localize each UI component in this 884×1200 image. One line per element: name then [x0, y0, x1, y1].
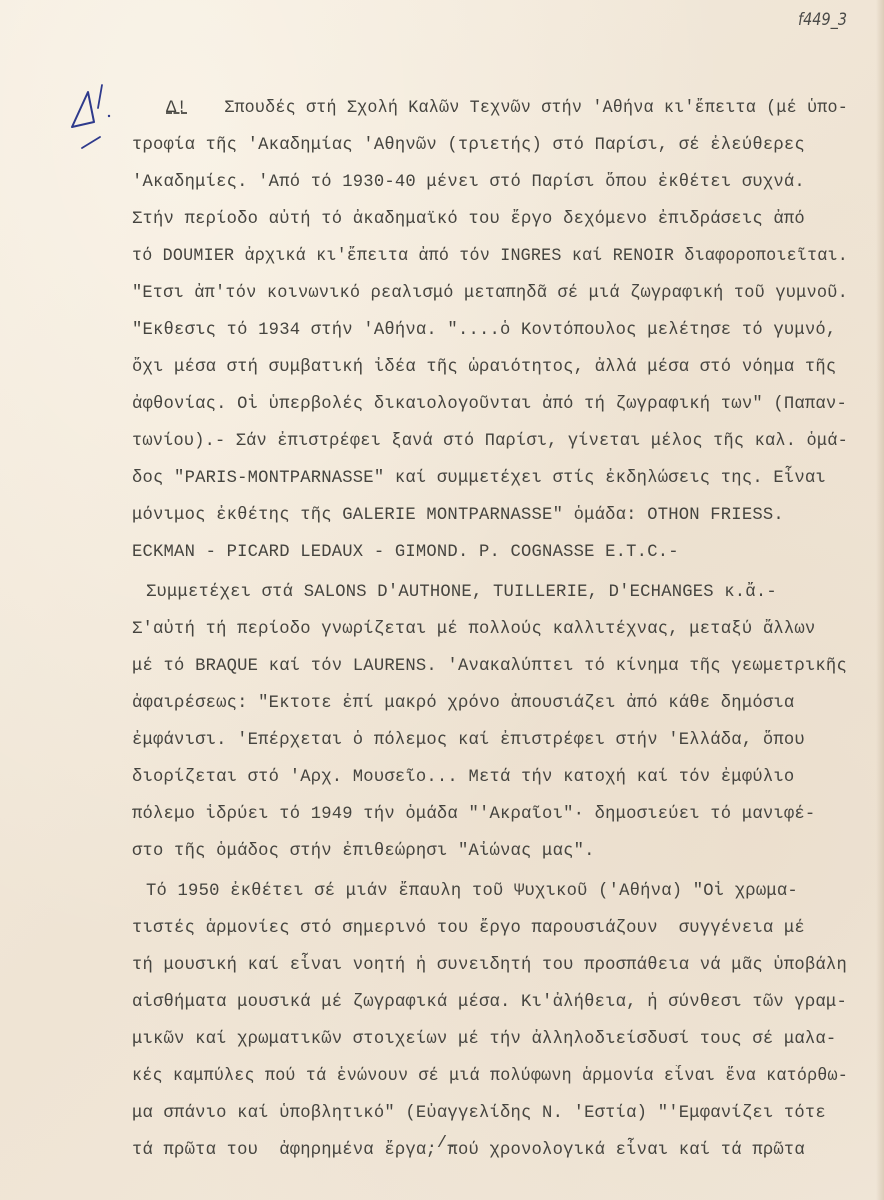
- typed-line: ECKMAN - PICARD LEDAUX - GIMOND. P. COGN…: [132, 543, 679, 563]
- typed-line: ἀφθονίας. Οἱ ὑπερβολές δικαιολογοῦνται ἀ…: [132, 395, 847, 415]
- typed-line: Στήν περίοδο αὐτή τό ἀκαδημαϊκό του ἔργο…: [132, 210, 805, 230]
- typed-line: Σπουδές στή Σχολή Καλῶν Τεχνῶν στήν 'Αθή…: [214, 99, 848, 119]
- typed-line: "Ετσι ἀπ'τόν κοινωνικό ρεαλισμό μεταπηδᾶ…: [132, 284, 848, 304]
- archive-reference-annotation: f449_3: [798, 10, 847, 30]
- typed-line: μέ τό BRAQUE καί τόν LAURENS. 'Ανακαλύπτ…: [132, 657, 847, 677]
- typed-line: τό DOUMIER ἀρχικά κι'ἔπειτα ἀπό τόν INGR…: [132, 247, 848, 267]
- typed-line: ἀφαιρέσεως: "Εκτοτε ἐπί μακρό χρόνο ἀπου…: [132, 694, 794, 714]
- typed-line: "Εκθεσις τό 1934 στήν 'Αθήνα. "....ὁ Κον…: [132, 321, 836, 341]
- document-page: f449_3 Δ! Σπουδές στή Σχολή Καλῶν Τεχνῶν…: [0, 0, 884, 1200]
- typed-line: ὄχι μέσα στή συμβατική ἰδέα τῆς ὡραιότητ…: [132, 358, 836, 378]
- typed-line: 'Ακαδημίες. 'Από τό 1930-40 μένει στό Πα…: [132, 173, 805, 193]
- section-label: Δ!: [166, 99, 187, 119]
- typed-line: τιστές ἁρμονίες στό σημερινό του ἔργο πα…: [132, 919, 805, 939]
- typed-line: κές καμπύλες πού τά ἑνώνουν σέ μιά πολύφ…: [132, 1067, 848, 1087]
- typed-line: τωνίου).- Σάν ἐπιστρέφει ξανά στό Παρίσι…: [132, 432, 848, 452]
- typed-line: Σ'αὐτή τή περίοδο γνωρίζεται μέ πολλούς …: [132, 620, 815, 640]
- continuation-mark: ./.: [0, 1134, 884, 1153]
- typed-line: Συμμετέχει στά SALONS D'AUTHONE, TUILLER…: [146, 583, 777, 603]
- typed-line: μόνιμος ἐκθέτης τῆς GALERIE MONTPARNASSE…: [132, 506, 784, 526]
- typed-line: τροφία τῆς 'Ακαδημίας 'Αθηνῶν (τριετής) …: [132, 136, 805, 156]
- typed-line: διορίζεται στό 'Αρχ. Μουσεῖο... Μετά τήν…: [132, 768, 794, 788]
- typed-line: Τό 1950 ἐκθέτει σέ μιάν ἔπαυλη τοῦ Ψυχικ…: [146, 882, 798, 902]
- typed-line: στο τῆς ὁμάδος στήν ἐπιθεώρησι "Αἰώνας μ…: [132, 842, 595, 862]
- typed-line: μικῶν καί χρωματικῶν στοιχείων μέ τήν ἀλ…: [132, 1030, 836, 1050]
- paper-edge-shadow: [876, 0, 884, 1200]
- typed-line: ἐμφάνισι. 'Επέρχεται ὁ πόλεμος καί ἐπιστ…: [132, 731, 805, 751]
- typed-line: αἰσθήματα μουσικά μέ ζωγραφικά μέσα. Κι'…: [132, 993, 847, 1013]
- typed-line: τή μουσική καί εἶναι νοητή ἡ συνειδητή τ…: [132, 956, 847, 976]
- typed-line: πόλεμο ἱδρύει τό 1949 τήν ὁμάδα "'Ακραῖο…: [132, 805, 815, 825]
- typed-line: μα σπάνιο καί ὑποβλητικό" (Εὐαγγελίδης Ν…: [132, 1104, 826, 1124]
- typed-line: δος "PARIS-MONTPARNASSE" καί συμμετέχει …: [132, 469, 826, 489]
